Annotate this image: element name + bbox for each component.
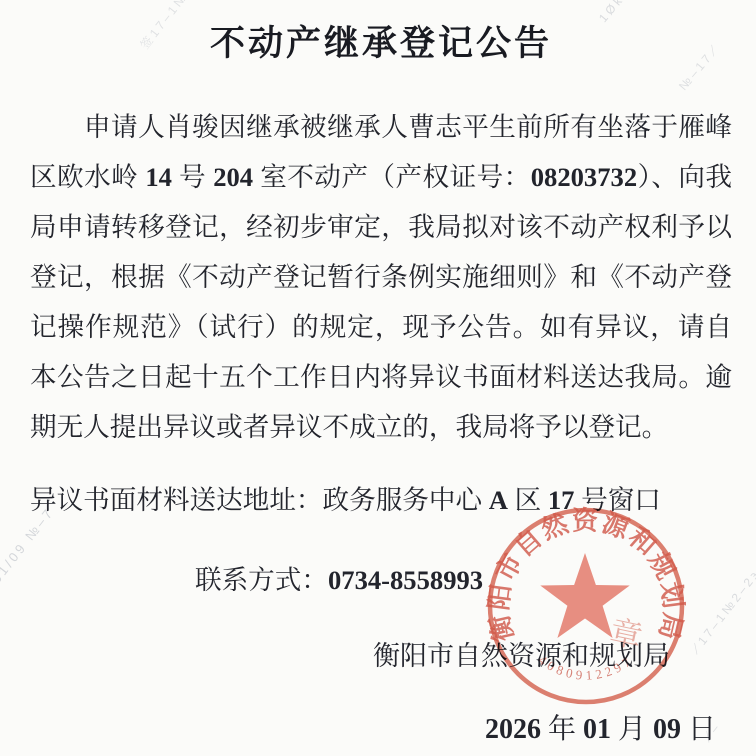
page-title: 不动产继承登记公告 bbox=[30, 16, 732, 66]
body-line: 区欧水岭 14 号 204 室不动产（产权证号：08203732）、向我 bbox=[30, 152, 732, 202]
issue-date-line: 2026 年 01 月 09 日 bbox=[30, 712, 732, 748]
body-line: 记操作规范》（试行）的规定，现予公告。如有异议，请自 bbox=[30, 302, 732, 352]
scanned-document-page: { "title": "不动产继承登记公告", "paragraph": { "… bbox=[0, 0, 756, 756]
objection-address-line: 异议书面材料送达地址：政务服务中心 A 区 17 号窗口 bbox=[30, 482, 732, 518]
body-line: 登记，根据《不动产登记暂行条例实施细则》和《不动产登 bbox=[30, 252, 732, 302]
announcement-paragraph: 申请人肖骏因继承被继承人曹志平生前所有坐落于雁峰 区欧水岭 14 号 204 室… bbox=[30, 102, 732, 452]
body-line: 局申请转移登记，经初步审定，我局拟对该不动产权利予以 bbox=[30, 202, 732, 252]
body-line: 期无人提出异议或者异议不成立的，我局将予以登记。 bbox=[30, 402, 732, 452]
body-line: 申请人肖骏因继承被继承人曹志平生前所有坐落于雁峰 bbox=[30, 102, 732, 152]
contact-phone-line: 联系方式：0734-8558993 bbox=[195, 562, 732, 598]
body-line: 本公告之日起十五个工作日内将异议书面材料送达我局。逾 bbox=[30, 352, 732, 402]
issuing-authority-line: 衡阳市自然资源和规划局 bbox=[30, 638, 732, 674]
document-body: 不动产继承登记公告 申请人肖骏因继承被继承人曹志平生前所有坐落于雁峰 区欧水岭 … bbox=[0, 0, 756, 756]
